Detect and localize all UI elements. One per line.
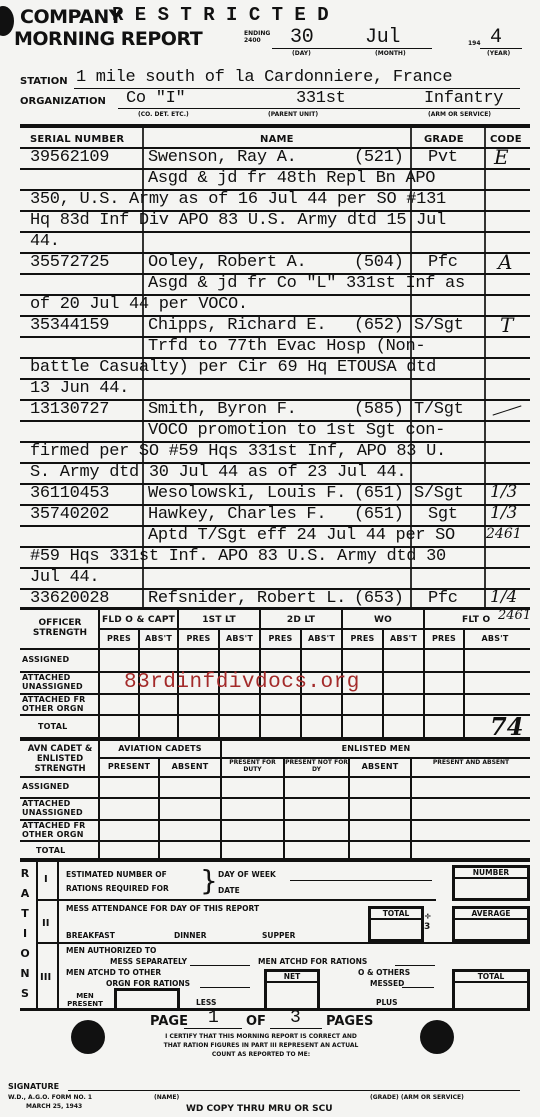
group-1st-lt: 1ST LT xyxy=(179,615,259,625)
rations-side-label: R A T I O N S xyxy=(18,864,32,1004)
signature-label: SIGNATURE xyxy=(8,1082,59,1091)
col-divider xyxy=(57,862,59,1010)
org-company: Co "I" xyxy=(126,89,185,108)
year-underline xyxy=(480,48,522,49)
remark-line: Trfd to 77th Evac Hosp (Non- xyxy=(148,337,425,356)
row-attached-fr-other-orgn: ATTACHED FR OTHER ORGN xyxy=(22,821,94,839)
row-line xyxy=(20,648,530,650)
form-date: MARCH 25, 1943 xyxy=(26,1103,82,1110)
serial-number: 35344159 xyxy=(30,316,109,335)
row-line xyxy=(20,819,530,821)
total-label: TOTAL xyxy=(371,909,421,920)
year-prefix: 194 xyxy=(468,40,481,47)
form-title-company: COMPANY xyxy=(20,6,122,28)
soldier-name: Ooley, Robert A. xyxy=(148,253,306,272)
remark-line: Jul 44. xyxy=(30,568,99,587)
row-line xyxy=(20,231,530,233)
row-attached-unassigned: ATTACHED UNASSIGNED xyxy=(22,799,94,817)
brace-icon: } xyxy=(200,864,218,897)
average-label: AVERAGE xyxy=(455,909,527,920)
serial-number: 35740202 xyxy=(30,505,109,524)
mos-code: (651) xyxy=(354,505,404,524)
status-code: 1/3 xyxy=(490,482,517,502)
grade: Pvt xyxy=(428,148,458,167)
side-letter: O xyxy=(18,944,32,964)
mos-code: (652) xyxy=(354,316,404,335)
total-pages-underline xyxy=(270,1028,322,1029)
col-grade: GRADE xyxy=(424,134,464,145)
group-fld-o-capt: FLD O & CAPT xyxy=(100,615,177,625)
messed-label: MESSED xyxy=(370,979,404,988)
page-number: 1 xyxy=(208,1008,219,1028)
sub-absent: ABSENT xyxy=(350,762,410,771)
remark-line: battle Casualty) per Cir 69 Hq ETOUSA dt… xyxy=(30,358,436,377)
org-parent-caption: (PARENT UNIT) xyxy=(268,111,318,118)
date-label: DATE xyxy=(218,886,240,895)
row-line xyxy=(20,797,530,799)
side-letter: R xyxy=(18,864,32,884)
org-arm-caption: (ARM OR SERVICE) xyxy=(428,111,491,118)
day-of-week-label: DAY OF WEEK xyxy=(218,870,276,879)
status-code: T xyxy=(500,313,513,337)
divide-by-three: ÷ 3 xyxy=(424,912,434,932)
report-year: 4 xyxy=(490,26,502,49)
report-day: 30 xyxy=(290,26,313,49)
sub-pres: PRES xyxy=(261,634,300,643)
row-line xyxy=(20,776,530,778)
sub-absent: ABSENT xyxy=(160,762,220,771)
day-caption: (DAY) xyxy=(292,50,311,57)
col-divider xyxy=(348,757,350,859)
soldier-name: Chipps, Richard E. xyxy=(148,316,326,335)
certification-line-1: I CERTIFY THAT THIS MORNING REPORT IS CO… xyxy=(130,1033,392,1040)
grade: Pfc xyxy=(428,253,458,272)
signature-field[interactable] xyxy=(68,1090,520,1091)
sub-present: PRESENT xyxy=(100,762,158,771)
remark-line: 350, U.S. Army as of 16 Jul 44 per SO #1… xyxy=(30,190,446,209)
status-code: 1/4 xyxy=(490,587,517,607)
col-code: CODE xyxy=(490,134,522,145)
report-month: Jul xyxy=(365,26,400,49)
page-number-underline xyxy=(184,1028,242,1029)
status-code: 1/3 xyxy=(490,503,517,523)
row-line xyxy=(36,942,530,944)
officer-strength-title: OFFICER STRENGTH xyxy=(22,618,98,638)
org-arm: Infantry xyxy=(424,89,503,108)
remark-line: of 20 Jul 44 per VOCO. xyxy=(30,295,248,314)
page-label: PAGE xyxy=(150,1014,188,1029)
organization-label: ORGANIZATION xyxy=(20,96,106,107)
row-attached-fr-other-orgn: ATTACHED FR OTHER ORGN xyxy=(22,695,94,713)
station-value: 1 mile south of la Cardonniere, France xyxy=(76,68,452,87)
orgn-rations-field[interactable] xyxy=(200,987,250,988)
mos-code: (651) xyxy=(354,484,404,503)
breakfast-label: BREAKFAST xyxy=(66,931,115,940)
sub-present-not-for-dy: PRESENT NOT FOR DY xyxy=(285,759,348,773)
messed-field[interactable] xyxy=(402,987,434,988)
sub-abst: ABS'T xyxy=(384,634,423,643)
remark-line: Hq 83d Inf Div APO 83 U.S. Army dtd 15 J… xyxy=(30,211,446,230)
org-parent-unit: 331st xyxy=(296,89,346,108)
row-line xyxy=(20,714,530,716)
side-letter: T xyxy=(18,904,32,924)
row-line xyxy=(98,628,530,630)
section-ii-num: II xyxy=(42,918,49,929)
row-total: TOTAL xyxy=(38,722,67,731)
grade: Pfc xyxy=(428,589,458,608)
supper-label: SUPPER xyxy=(262,931,295,940)
remark-line: VOCO promotion to 1st Sgt con- xyxy=(148,421,445,440)
ending-label: ENDING 2400 xyxy=(244,30,272,44)
certification-line-3: COUNT AS REPORTED TO ME: xyxy=(130,1051,392,1058)
col-name: NAME xyxy=(260,134,294,145)
serial-number: 33620028 xyxy=(30,589,109,608)
col-divider xyxy=(463,628,465,738)
group-wo: WO xyxy=(343,615,423,625)
form-title-morning-report: MORNING REPORT xyxy=(14,28,202,50)
punch-mark-top xyxy=(0,6,14,36)
row-line xyxy=(36,899,436,901)
organization-underline xyxy=(118,108,520,109)
pages-label: PAGES xyxy=(326,1014,373,1029)
grade: T/Sgt xyxy=(414,400,464,419)
mos-code: (585) xyxy=(354,400,404,419)
remark-line: 13 Jun 44. xyxy=(30,379,129,398)
row-assigned: ASSIGNED xyxy=(22,655,69,664)
row-line xyxy=(20,840,530,842)
number-label: NUMBER xyxy=(455,868,527,879)
estimated-rations-label-2: RATIONS REQUIRED FOR xyxy=(66,884,169,893)
remark-line: Aptd T/Sgt eff 24 Jul 44 per SO xyxy=(148,526,455,545)
net-label: NET xyxy=(267,972,317,983)
grade: S/Sgt xyxy=(414,316,464,335)
watermark: 83rdinfdivdocs.org xyxy=(124,671,360,694)
soldier-name: Hawkey, Charles F. xyxy=(148,505,326,524)
side-letter: N xyxy=(18,964,32,984)
men-atchd-other-label: MEN ATCHD TO OTHER xyxy=(66,968,161,977)
section-i-num: I xyxy=(44,874,48,885)
less-label: LESS xyxy=(196,998,216,1007)
roster-top-border xyxy=(20,124,530,128)
sub-pres: PRES xyxy=(179,634,218,643)
remark-line: #59 Hqs 331st Inf. APO 83 U.S. Army dtd … xyxy=(30,547,446,566)
org-company-caption: (CO. DET. ETC.) xyxy=(138,111,189,118)
serial-number: 36110453 xyxy=(30,484,109,503)
group-2d-lt: 2D LT xyxy=(261,615,341,625)
total-annotation: 74 xyxy=(490,712,523,741)
sub-pres: PRES xyxy=(425,634,463,643)
men-present-label: MEN PRESENT xyxy=(60,992,110,1008)
group-enlisted-men: ENLISTED MEN xyxy=(222,744,530,753)
side-letter: S xyxy=(18,984,32,1004)
col-divider xyxy=(158,757,160,859)
serial-number: 13130727 xyxy=(30,400,109,419)
side-letter: I xyxy=(18,924,32,944)
serial-number: 39562109 xyxy=(30,148,109,167)
col-divider xyxy=(36,862,38,1010)
men-present-box[interactable] xyxy=(114,988,180,1011)
year-caption: (YEAR) xyxy=(487,50,510,57)
grade: Sgt xyxy=(428,505,458,524)
section-border xyxy=(20,737,530,741)
col-divider xyxy=(410,757,412,859)
serial-number: 35572725 xyxy=(30,253,109,272)
estimated-rations-label: ESTIMATED NUMBER OF xyxy=(66,870,167,879)
day-of-week-field[interactable] xyxy=(290,880,432,881)
sub-pres: PRES xyxy=(100,634,138,643)
total-label: TOTAL xyxy=(455,972,527,983)
remark-line: S. Army dtd 30 Jul 44 as of 23 Jul 44. xyxy=(30,463,406,482)
binder-hole-left xyxy=(71,1020,105,1054)
men-authorized-label: MEN AUTHORIZED TO xyxy=(66,946,156,955)
men-atchd-rations-label: MEN ATCHD FOR RATIONS xyxy=(258,957,367,966)
mos-code: (521) xyxy=(354,148,404,167)
mess-separately-label: MESS SEPARATELY xyxy=(110,957,187,966)
copy-routing-note: WD COPY THRU MRU OR SCU xyxy=(186,1104,333,1114)
status-code: 2461 xyxy=(486,526,522,542)
men-atchd-rations-field[interactable] xyxy=(395,965,435,966)
document-header: COMPANY R E S T R I C T E D MORNING REPO… xyxy=(0,0,540,128)
plus-label: PLUS xyxy=(376,998,398,1007)
remark-line: Asgd & jd fr 48th Repl Bn APO xyxy=(148,169,435,188)
grade: S/Sgt xyxy=(414,484,464,503)
col-serial-number: SERIAL NUMBER xyxy=(30,134,124,145)
remark-line: 44. xyxy=(30,232,60,251)
sub-abst: ABS'T xyxy=(465,634,525,643)
soldier-name: Smith, Byron F. xyxy=(148,400,297,419)
soldier-name: Refsnider, Robert L. xyxy=(148,589,346,608)
total-pages: 3 xyxy=(290,1008,301,1028)
binder-hole-right xyxy=(420,1020,454,1054)
sub-pres: PRES xyxy=(343,634,382,643)
status-code: E xyxy=(494,145,509,169)
group-aviation-cadets: AVIATION CADETS xyxy=(100,744,220,753)
orgn-rations-label: ORGN FOR RATIONS xyxy=(106,979,190,988)
sub-present-for-duty: PRESENT FOR DUTY xyxy=(222,759,283,773)
name-caption: (NAME) xyxy=(154,1094,179,1101)
mess-separately-field[interactable] xyxy=(190,965,250,966)
sub-present-and-absent: PRESENT AND ABSENT xyxy=(412,759,530,766)
o-others-label: O & OTHERS xyxy=(358,968,410,977)
day-underline xyxy=(272,48,432,49)
grade-caption: (GRADE) (ARM OR SERVICE) xyxy=(370,1094,464,1101)
of-label: OF xyxy=(246,1014,266,1029)
certification-line-2: THAT RATION FIGURES IN PART III REPRESEN… xyxy=(130,1042,392,1049)
mos-code: (653) xyxy=(354,589,404,608)
status-code-mark xyxy=(493,405,522,415)
section-iii-num: III xyxy=(40,972,51,983)
mos-code: (504) xyxy=(354,253,404,272)
station-label: STATION xyxy=(20,76,68,87)
group-flt-o: FLT O xyxy=(462,615,490,625)
remark-line: Asgd & jd fr Co "L" 331st Inf as xyxy=(148,274,465,293)
flt-o-annotation: 2461 xyxy=(498,608,531,623)
row-attached-unassigned: ATTACHED UNASSIGNED xyxy=(22,673,94,691)
side-letter: A xyxy=(18,884,32,904)
status-code: A xyxy=(498,250,512,274)
month-caption: (MONTH) xyxy=(375,50,406,57)
row-assigned: ASSIGNED xyxy=(22,782,69,791)
sub-abst: ABS'T xyxy=(302,634,341,643)
sub-abst: ABS'T xyxy=(220,634,259,643)
dinner-label: DINNER xyxy=(174,931,206,940)
soldier-name: Wesolowski, Louis F. xyxy=(148,484,346,503)
sub-abst: ABS'T xyxy=(140,634,177,643)
form-number: W.D., A.G.O. FORM NO. 1 xyxy=(8,1094,92,1101)
soldier-name: Swenson, Ray A. xyxy=(148,148,297,167)
mess-attendance-label: MESS ATTENDANCE FOR DAY OF THIS REPORT xyxy=(66,904,259,913)
col-divider xyxy=(382,628,384,738)
classification-stamp: R E S T R I C T E D xyxy=(112,4,329,26)
remark-line: firmed per SO #59 Hqs 331st Inf, APO 83 … xyxy=(30,442,446,461)
row-total: TOTAL xyxy=(36,846,65,855)
enlisted-strength-title: AVN CADET & ENLISTED STRENGTH xyxy=(22,744,98,774)
section-border xyxy=(20,858,530,862)
